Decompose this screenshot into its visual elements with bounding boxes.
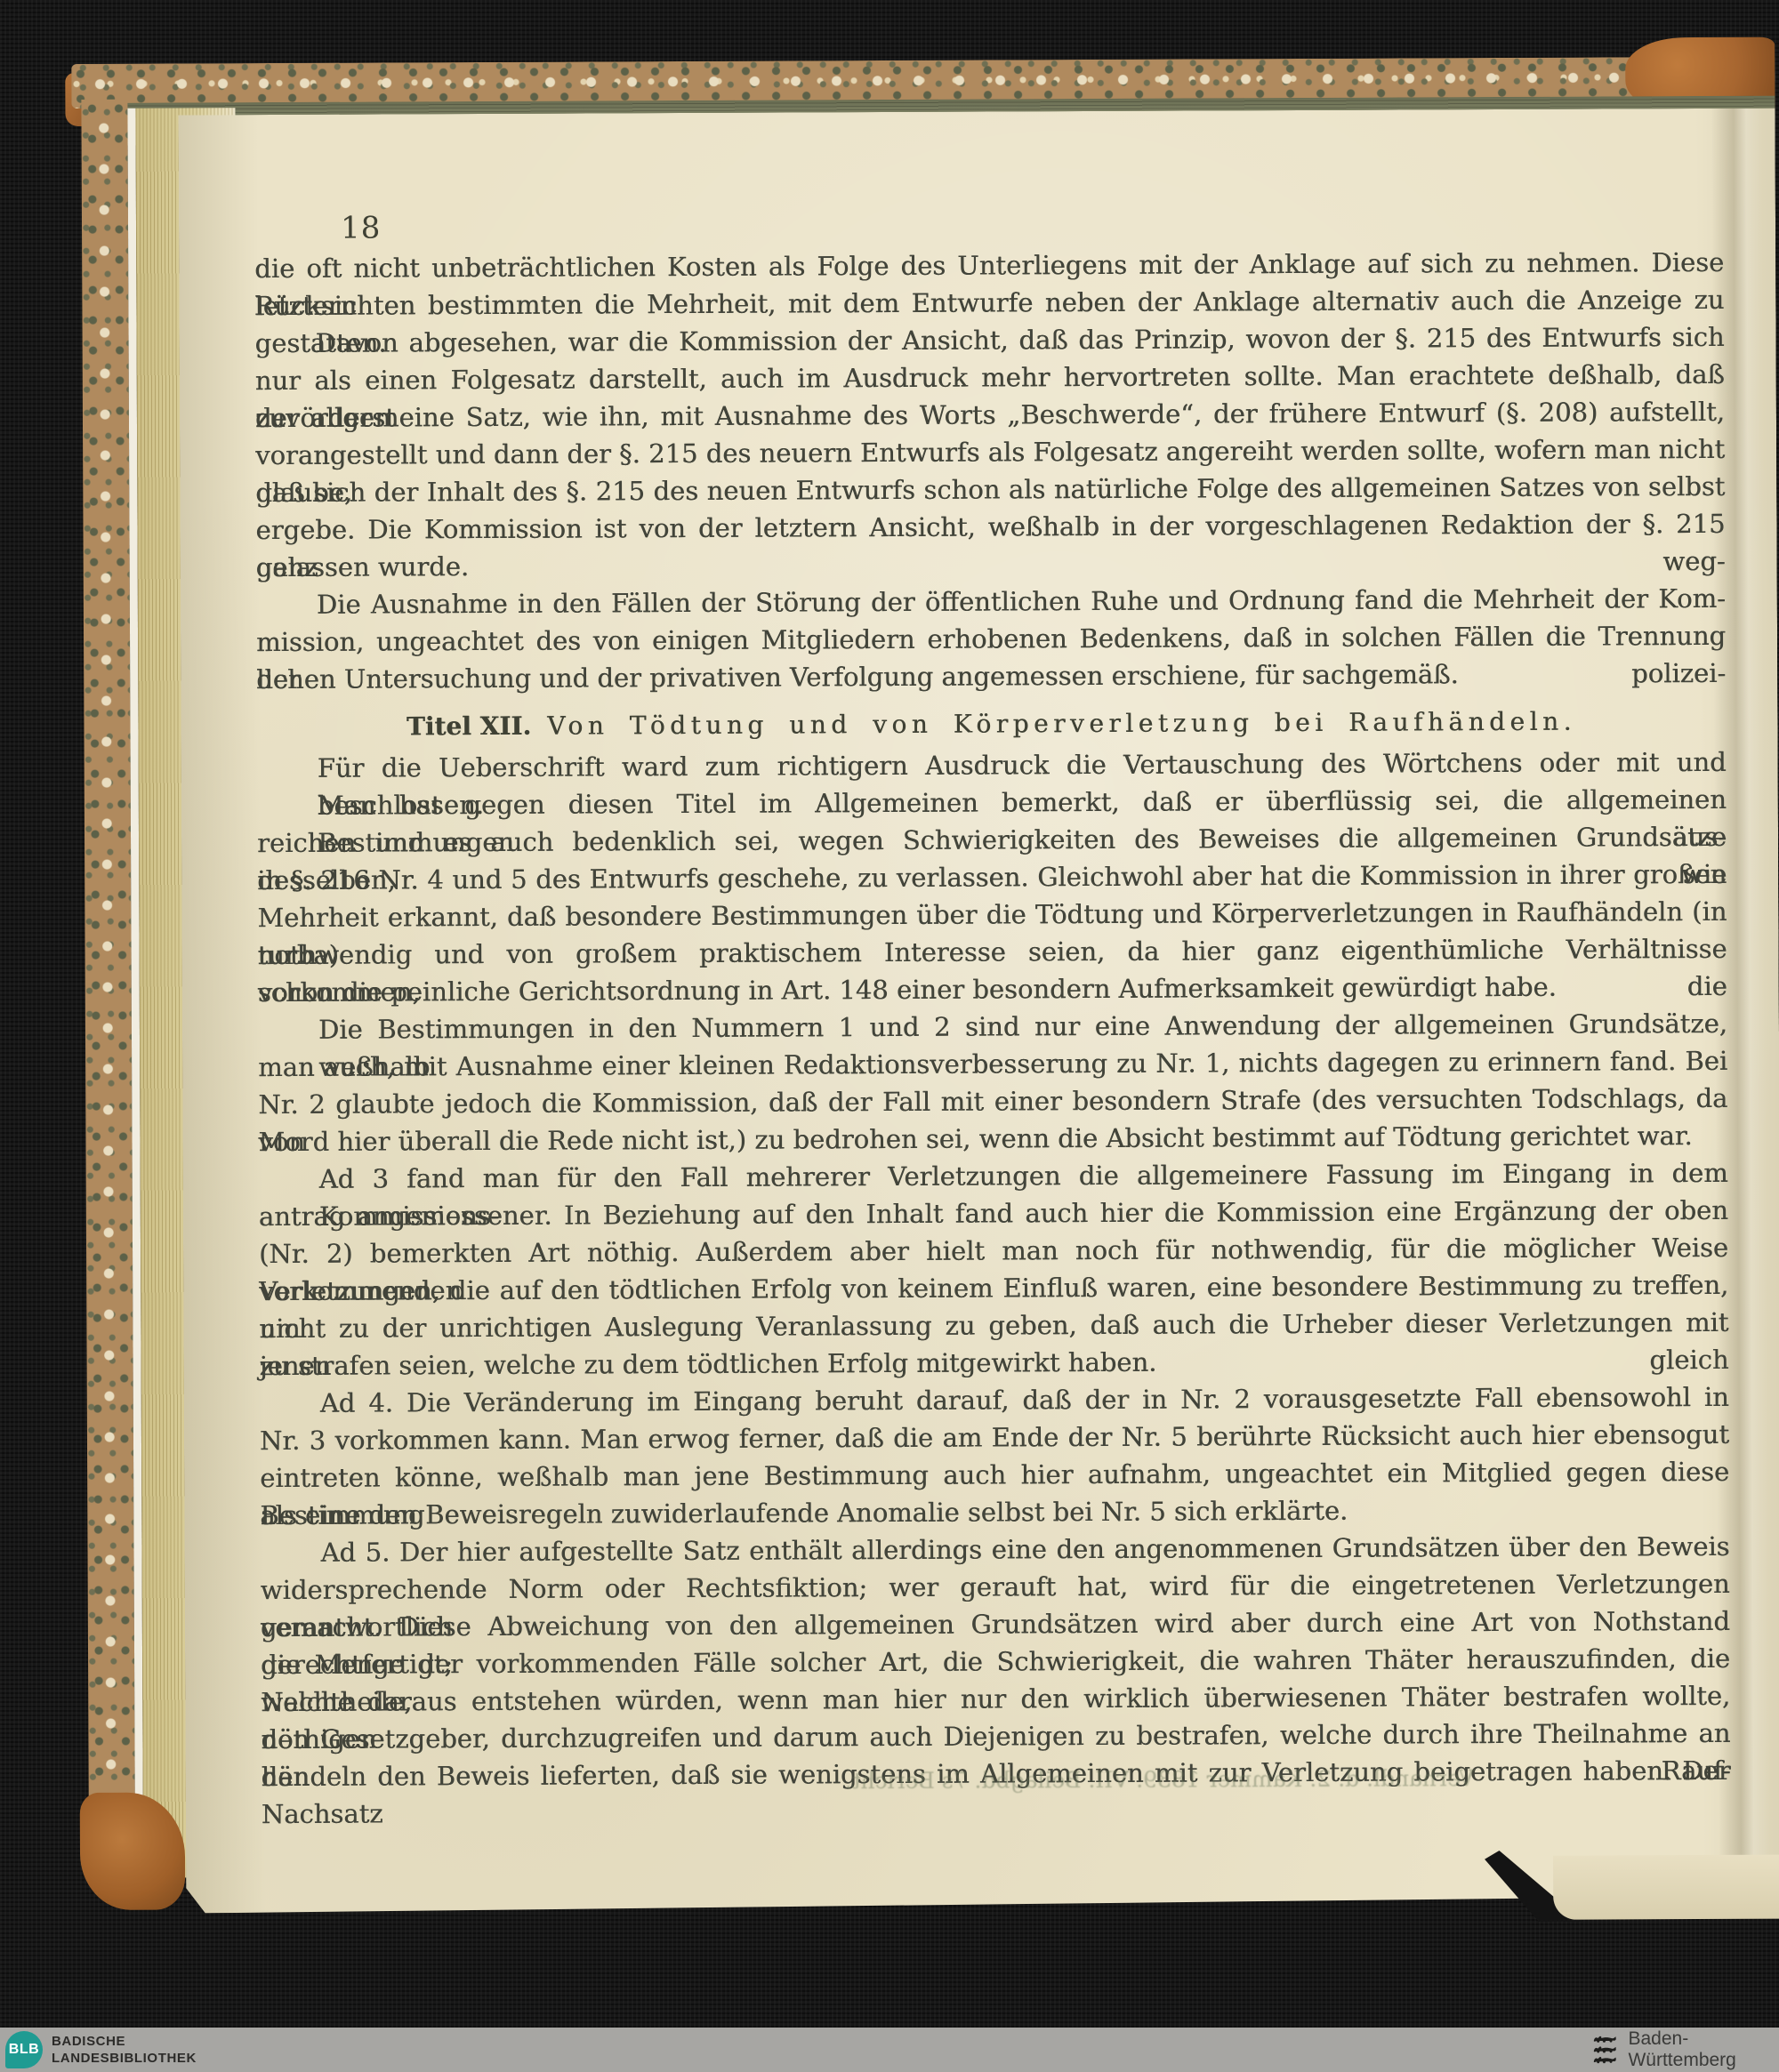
text-line: Nr. 2 glaubte jedoch die Kommission, daß… xyxy=(258,1080,1727,1123)
page-number: 18 xyxy=(341,210,381,245)
viewer-footer-bar: BLB BADISCHE LANDESBIBLIOTHEK Baden-Würt… xyxy=(0,2028,1779,2072)
text-line: gemacht. Diese Abweichung von den allgem… xyxy=(261,1602,1730,1646)
text-line: Für die Ueberschrift ward zum richtigern… xyxy=(257,743,1727,787)
text-line: man auch, mit Ausnahme einer kleinen Red… xyxy=(258,1042,1727,1086)
text-line: Die Ausnahme in den Fällen der Störung d… xyxy=(256,580,1726,623)
text-line: Man hat gegen diesen Titel im Allgemeine… xyxy=(257,781,1727,824)
text-line: eintreten könne, weßhalb man jene Bestim… xyxy=(260,1453,1729,1497)
text-line: (Nr. 2) bemerkten Art nöthig. Außerdem a… xyxy=(259,1229,1728,1273)
book-scan: 18 die oft nicht unbeträchtlichen Kosten… xyxy=(0,0,1779,2072)
text-line: nur als einen Folgesatz darstellt, auch … xyxy=(255,356,1725,399)
text-line: antrag angemessener. In Beziehung auf de… xyxy=(259,1192,1728,1235)
show-through-text: Verhandl. d. 2. Kammer 1839. VII. Beilag… xyxy=(840,1765,1480,1794)
text-line: reichen und es auch bedenklich sei, wege… xyxy=(257,818,1727,862)
text-line: Ad 3 fand man für den Fall mehrerer Verl… xyxy=(259,1154,1728,1198)
library-name-line2: LANDESBIBLIOTHEK xyxy=(52,2050,197,2067)
text-line: die Menge der vorkommenden Fälle solcher… xyxy=(261,1640,1730,1683)
text-line: die oft nicht unbeträchtlichen Kosten al… xyxy=(254,244,1724,287)
text-block: die oft nicht unbeträchtlichen Kosten al… xyxy=(254,244,1731,1795)
text-line: Davon abgesehen, war die Kommission der … xyxy=(255,318,1725,362)
underlying-page-corner xyxy=(1553,1855,1779,1920)
text-line: Verletzungen, die auf den tödtlichen Erf… xyxy=(259,1266,1728,1310)
section-heading-number: Titel XII. xyxy=(407,711,531,742)
text-line: nothwendig und von großem praktischem In… xyxy=(258,930,1727,974)
text-line: Mehrheit erkannt, daß besondere Bestimmu… xyxy=(257,893,1727,936)
text-line: den Gesetzgeber, durchzugreifen und daru… xyxy=(261,1715,1730,1758)
book-page: 18 die oft nicht unbeträchtlichen Kosten… xyxy=(178,108,1779,1914)
text-line: mission, ungeachtet des von einigen Mitg… xyxy=(256,617,1726,661)
three-lions-icon xyxy=(1592,2032,1619,2068)
text-line: der allgemeine Satz, wie ihn, mit Ausnah… xyxy=(255,393,1725,437)
text-line: ergebe. Die Kommission ist von der letzt… xyxy=(255,505,1725,549)
blb-logo-text: BLB xyxy=(9,2042,39,2058)
section-heading: Titel XII.Von Tödtung und von Körperverl… xyxy=(256,703,1726,746)
text-line: Rücksichten bestimmten die Mehrheit, mit… xyxy=(254,281,1724,325)
library-name: BADISCHE LANDESBIBLIOTHEK xyxy=(52,2033,197,2067)
state-name-label: Baden-Württemberg xyxy=(1628,2028,1779,2071)
text-line: vorangestellt und dann der §. 215 des ne… xyxy=(255,430,1725,474)
section-heading-title: Von Tödtung und von Körperverletzung bei… xyxy=(547,707,1576,741)
blb-library-logo: BLB xyxy=(5,2031,43,2068)
text-line: Ad 5. Der hier aufgestellte Satz enthält… xyxy=(260,1528,1729,1571)
text-line: Die Bestimmungen in den Nummern 1 und 2 … xyxy=(258,1005,1727,1048)
text-line: als eine den Beweisregeln zuwiderlaufend… xyxy=(260,1490,1729,1534)
text-line: widersprechende Norm oder Rechtsfiktion;… xyxy=(261,1565,1730,1609)
text-line: welche daraus entstehen würden, wenn man… xyxy=(261,1677,1730,1721)
text-line: daß sich der Inhalt des §. 215 des neuen… xyxy=(255,468,1725,511)
library-name-line1: BADISCHE xyxy=(52,2033,197,2050)
text-line: Mord hier überall die Rede nicht ist,) z… xyxy=(258,1117,1727,1160)
state-branding: Baden-Württemberg xyxy=(1592,2032,1779,2068)
marbled-board-left-edge xyxy=(81,100,135,1860)
text-line: schon die peinliche Gerichtsordnung in A… xyxy=(258,968,1727,1011)
text-line: in §. 216 Nr. 4 und 5 des Entwurfs gesch… xyxy=(257,855,1727,899)
text-line: Nr. 3 vorkommen kann. Man erwog ferner, … xyxy=(260,1416,1729,1459)
text-line: nicht zu der unrichtigen Auslegung Veran… xyxy=(259,1304,1728,1347)
text-line: Ad 4. Die Veränderung im Eingang beruht … xyxy=(260,1378,1729,1422)
